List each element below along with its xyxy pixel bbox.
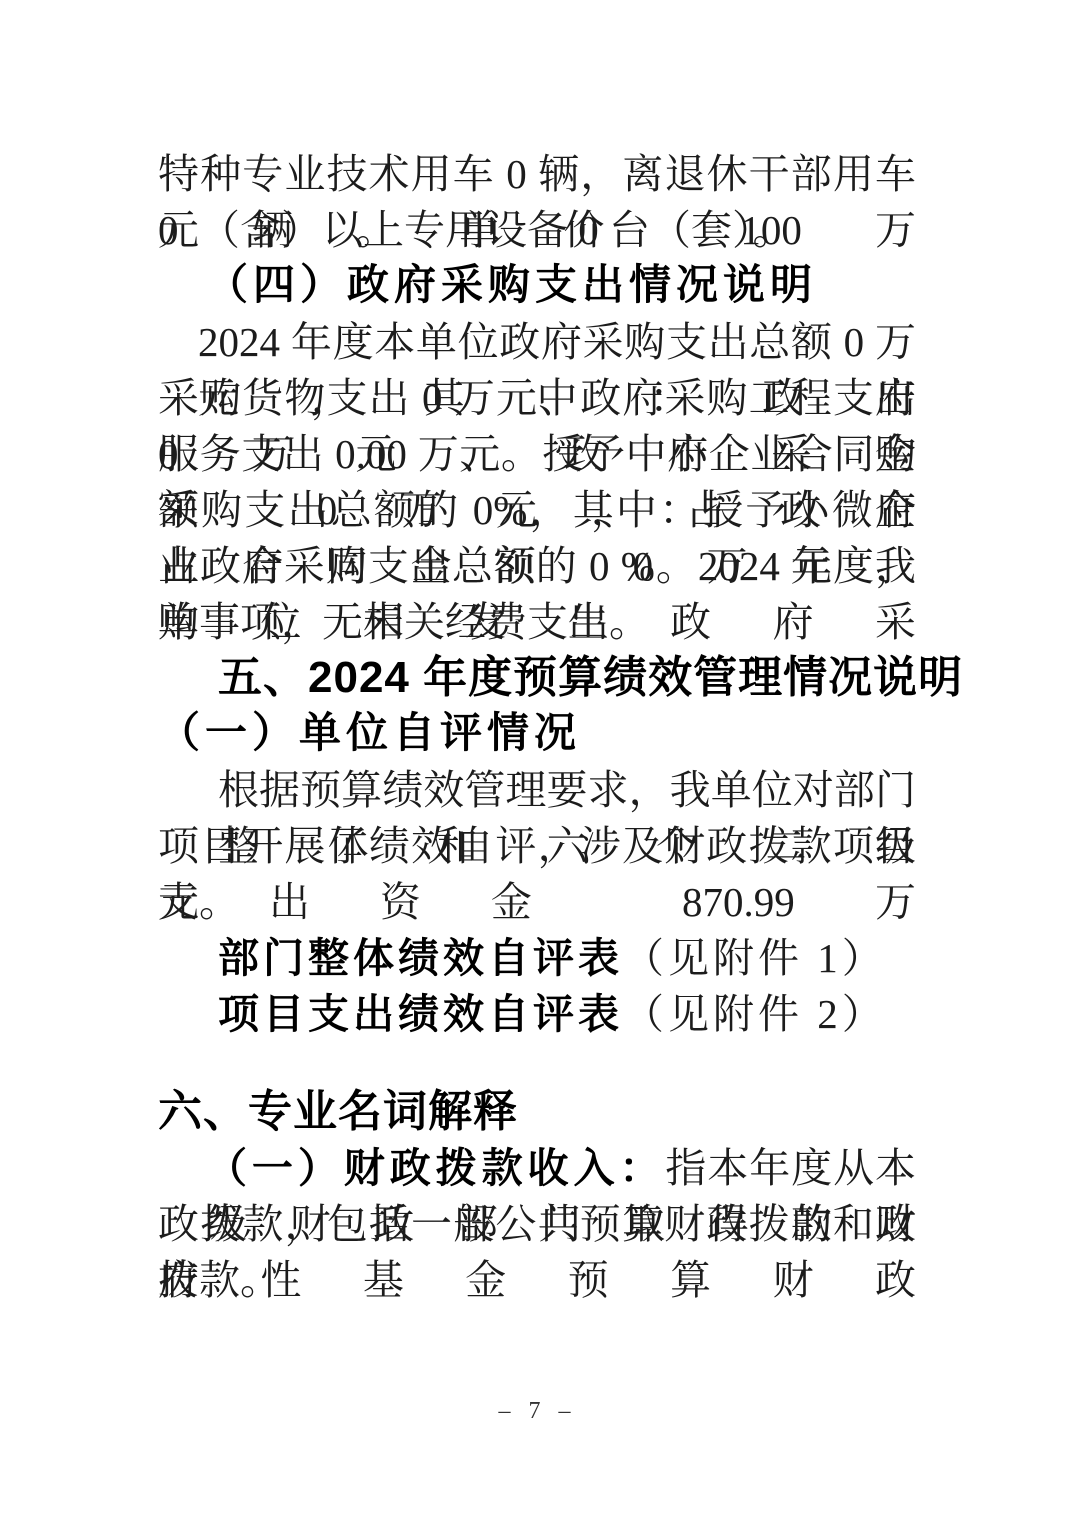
glossary-term-line: （一）财政拨款收入：指本年度从本级财政部门取得的财 [158, 1140, 916, 1196]
glossary-term-title: （一）财政拨款收入： [206, 1145, 665, 1191]
section-heading-4-procurement: （四）政府采购支出情况说明 [158, 258, 916, 314]
attachment-2-title: 项目支出绩效自评表 [218, 991, 623, 1037]
text-line: 特种专业技术用车 0 辆，离退休干部用车 0 辆。单价 100 万 [158, 146, 916, 202]
attachment-line-2: 项目支出绩效自评表（见附件 2） [158, 986, 916, 1042]
subsection-heading-self-evaluation: （一）单位自评情况 [158, 706, 916, 762]
text-line: 2024 年度本单位政府采购支出总额 0 万元，其中：政府 [158, 314, 916, 370]
text-line: 占政府采购支出总额的 0 %。2024 年度我单位未发生政府采 [158, 538, 916, 594]
attachment-1-ref: （见附件 1） [623, 935, 887, 981]
text-line: 采购货物支出 0 万元、政府采购工程支出 0 万元、政府采购 [158, 370, 916, 426]
text-line: 根据预算绩效管理要求，我单位对部门整体和六个二级 [158, 762, 916, 818]
page-number: – 7 – [0, 1398, 1075, 1425]
document-body: 特种专业技术用车 0 辆，离退休干部用车 0 辆。单价 100 万 元（含）以上… [158, 146, 916, 1308]
text-line: 政拨款，包括一般公共预算财政拨款和政府性基金预算财政 [158, 1196, 916, 1252]
text-line: 服务支出 0.00 万元。授予中小企业合同金额 0 万元，占政府 [158, 426, 916, 482]
document-page: 特种专业技术用车 0 辆，离退休干部用车 0 辆。单价 100 万 元（含）以上… [0, 0, 1075, 1520]
attachment-2-ref: （见附件 2） [623, 991, 887, 1037]
attachment-1-title: 部门整体绩效自评表 [218, 935, 623, 981]
section-heading-6-glossary: 六、专业名词解释 [158, 1084, 916, 1140]
section-heading-5-performance: 五、2024 年度预算绩效管理情况说明 [158, 650, 916, 706]
text-line: 项目开展了绩效自评，涉及财政拨款项目支出资金 870.99 万 [158, 818, 916, 874]
text-line: 采购支出总额的 0%，其中：授予小微企业合同金额 0 万元， [158, 482, 916, 538]
attachment-line-1: 部门整体绩效自评表（见附件 1） [158, 930, 916, 986]
